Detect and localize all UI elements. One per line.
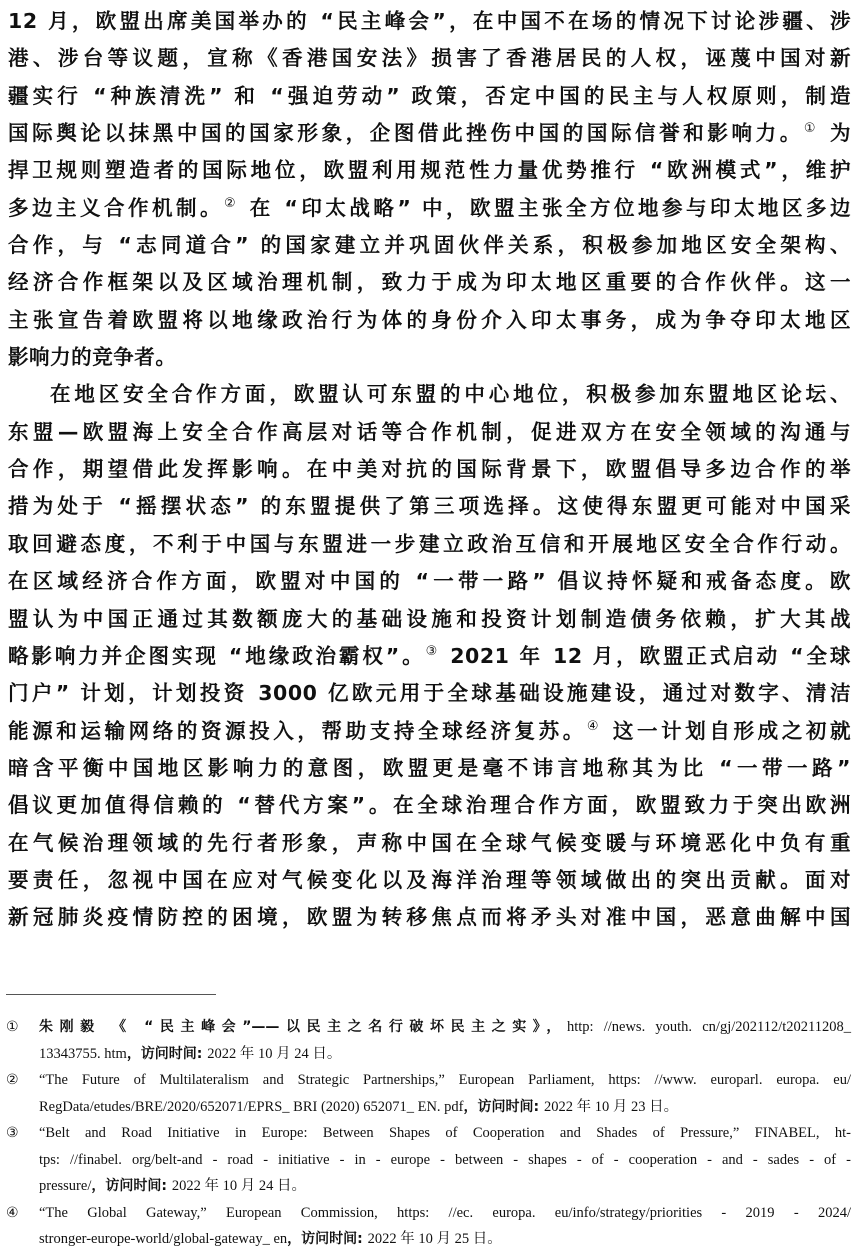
footnote-1-line-2: 13343755. htm，访问时间: 2022 年 10 月 24 日。 xyxy=(39,1041,851,1068)
body-line-4-tail: 为 xyxy=(830,121,851,145)
footnote-ref-3[interactable]: ③ xyxy=(426,644,441,659)
footnote-marker-1: ① xyxy=(6,1014,19,1041)
body-line-6-tail: 在 “印太战略” 中，欧盟主张全方位地参与印太地区多边 xyxy=(250,196,851,220)
body-line-18-text: 略影响力并企图实现 “地缘政治霸权”。 xyxy=(8,644,426,668)
footnote-3-access-label: ，访问时间: xyxy=(91,1178,171,1194)
footnote-4-line-2: stronger-europe-world/global-gateway_ en… xyxy=(39,1226,851,1253)
footnote-4-url-cont[interactable]: stronger-europe-world/global-gateway_ en xyxy=(39,1231,287,1247)
body-line-4: 国际舆论以抹黑中国的国家形象，企图借此挫伤中国的国际信誉和影响力。① 为 xyxy=(8,115,851,152)
body-line-10: 影响力的竞争者。 xyxy=(8,339,851,376)
footnote-1-url[interactable]: http: //news. youth. cn/gj/202112/t20211… xyxy=(567,1019,851,1035)
footnote-ref-2[interactable]: ② xyxy=(224,196,239,211)
footnote-2-access-date: 2022 年 10 月 23 日。 xyxy=(544,1099,678,1115)
body-line-6-text: 多边主义合作机制。 xyxy=(8,196,224,220)
footnote-2: ② “The Future of Multilateralism and Str… xyxy=(6,1067,851,1120)
footnote-3: ③ “Belt and Road Initiative in Europe: B… xyxy=(6,1120,851,1200)
body-line-8: 经济合作框架以及区域治理机制，致力于成为印太地区重要的合作伙伴。这一 xyxy=(8,264,851,301)
body-line-3: 疆实行 “种族清洗” 和 “强迫劳动” 政策，否定中国的民主与人权原则，制造 xyxy=(8,78,851,115)
footnote-1-access-label: ，访问时间: xyxy=(127,1046,207,1062)
body-line-20-tail: 这一计划自形成之初就 xyxy=(613,719,851,743)
body-text: 12 月，欧盟出席美国举办的 “民主峰会”，在中国不在场的情况下讨论涉疆、涉 港… xyxy=(8,3,851,937)
footnote-ref-1[interactable]: ① xyxy=(804,121,819,136)
body-line-2: 港、涉台等议题，宣称《香港国安法》损害了香港居民的人权，诬蔑中国对新 xyxy=(8,40,851,77)
body-line-11: 在地区安全合作方面，欧盟认可东盟的中心地位，积极参加东盟地区论坛、 xyxy=(8,376,851,413)
footnote-3-line-3: pressure/，访问时间: 2022 年 10 月 24 日。 xyxy=(39,1173,851,1200)
body-line-23: 在气候治理领域的先行者形象，声称中国在全球气候变暖与环境恶化中负有重 xyxy=(8,825,851,862)
footnote-4: ④ “The Global Gateway,” European Commiss… xyxy=(6,1200,851,1253)
footnote-marker-3: ③ xyxy=(6,1120,19,1147)
body-line-1: 12 月，欧盟出席美国举办的 “民主峰会”，在中国不在场的情况下讨论涉疆、涉 xyxy=(8,3,851,40)
body-line-16: 在区域经济合作方面，欧盟对中国的 “一带一路” 倡议持怀疑和戒备态度。欧 xyxy=(8,563,851,600)
body-line-13: 合作，期望借此发挥影响。在中美对抗的国际背景下，欧盟倡导多边合作的举 xyxy=(8,451,851,488)
footnote-divider xyxy=(6,994,216,995)
footnote-2-line-2: RegData/etudes/BRE/2020/652071/EPRS_ BRI… xyxy=(39,1094,851,1121)
body-line-15: 取回避态度，不利于中国与东盟进一步建立政治互信和开展地区安全合作行动。 xyxy=(8,526,851,563)
footnote-1-line-1: 朱刚毅 《 “民主峰会”——以民主之名行破坏民主之实》，http: //news… xyxy=(39,1014,851,1041)
footnote-3-line-2[interactable]: tps: //finabel. org/belt-and - road - in… xyxy=(39,1147,851,1174)
footnote-3-access-date: 2022 年 10 月 24 日。 xyxy=(172,1178,306,1194)
body-line-6: 多边主义合作机制。② 在 “印太战略” 中，欧盟主张全方位地参与印太地区多边 xyxy=(8,190,851,227)
body-line-19: 门户” 计划，计划投资 3000 亿欧元用于全球基础设施建设，通过对数字、清洁 xyxy=(8,675,851,712)
footnote-marker-4: ④ xyxy=(6,1200,19,1227)
body-line-14: 措为处于 “摇摆状态” 的东盟提供了第三项选择。这使得东盟更可能对中国采 xyxy=(8,488,851,525)
footnote-1-access-date: 2022 年 10 月 24 日。 xyxy=(207,1046,341,1062)
body-line-18: 略影响力并企图实现 “地缘政治霸权”。③ 2021 年 12 月，欧盟正式启动 … xyxy=(8,638,851,675)
footnote-4-access-label: ，访问时间: xyxy=(287,1231,367,1247)
body-line-24: 要责任，忽视中国在应对气候变化以及海洋治理等领域做出的突出贡献。面对 xyxy=(8,862,851,899)
footnote-ref-4[interactable]: ④ xyxy=(587,719,602,734)
footnote-3-url-cont[interactable]: pressure/ xyxy=(39,1178,91,1194)
footnote-1: ① 朱刚毅 《 “民主峰会”——以民主之名行破坏民主之实》，http: //ne… xyxy=(6,1014,851,1067)
footnote-4-line-1: “The Global Gateway,” European Commissio… xyxy=(39,1200,851,1227)
body-line-9: 主张宣告着欧盟将以地缘政治行为体的身份介入印太事务，成为争夺印太地区 xyxy=(8,302,851,339)
footnote-2-url-cont[interactable]: RegData/etudes/BRE/2020/652071/EPRS_ BRI… xyxy=(39,1099,464,1115)
footnote-1-url-cont[interactable]: 13343755. htm xyxy=(39,1046,127,1062)
body-line-18-tail: 2021 年 12 月，欧盟正式启动 “全球 xyxy=(450,644,851,668)
body-line-25: 新冠肺炎疫情防控的困境，欧盟为转移焦点而将矛头对准中国，恶意曲解中国 xyxy=(8,899,851,936)
footnote-1-title: 朱刚毅 《 “民主峰会”——以民主之名行破坏民主之实》， xyxy=(39,1019,567,1035)
body-line-20: 能源和运输网络的资源投入，帮助支持全球经济复苏。④ 这一计划自形成之初就 xyxy=(8,713,851,750)
body-line-21: 暗含平衡中国地区影响力的意图，欧盟更是毫不讳言地称其为比 “一带一路” xyxy=(8,750,851,787)
body-line-5: 捍卫规则塑造者的国际地位，欧盟利用规范性力量优势推行 “欧洲模式”，维护 xyxy=(8,152,851,189)
footnote-4-access-date: 2022 年 10 月 25 日。 xyxy=(368,1231,502,1247)
body-line-4-text: 国际舆论以抹黑中国的国家形象，企图借此挫伤中国的国际信誉和影响力。 xyxy=(8,121,804,145)
body-line-22: 倡议更加值得信赖的 “替代方案”。在全球治理合作方面，欧盟致力于突出欧洲 xyxy=(8,787,851,824)
footnote-2-access-label: ，访问时间: xyxy=(464,1099,544,1115)
footnote-marker-2: ② xyxy=(6,1067,19,1094)
body-line-20-text: 能源和运输网络的资源投入，帮助支持全球经济复苏。 xyxy=(8,719,587,743)
footnote-2-line-1: “The Future of Multilateralism and Strat… xyxy=(39,1067,851,1094)
body-line-12: 东盟—欧盟海上安全合作高层对话等合作机制，促进双方在安全领域的沟通与 xyxy=(8,414,851,451)
footnote-3-line-1: “Belt and Road Initiative in Europe: Bet… xyxy=(39,1120,851,1147)
footnotes: ① 朱刚毅 《 “民主峰会”——以民主之名行破坏民主之实》，http: //ne… xyxy=(6,1014,851,1253)
body-line-7: 合作，与 “志同道合” 的国家建立并巩固伙伴关系，积极参加地区安全架构、 xyxy=(8,227,851,264)
body-line-17: 盟认为中国正通过其数额庞大的基础设施和投资计划制造债务依赖，扩大其战 xyxy=(8,601,851,638)
